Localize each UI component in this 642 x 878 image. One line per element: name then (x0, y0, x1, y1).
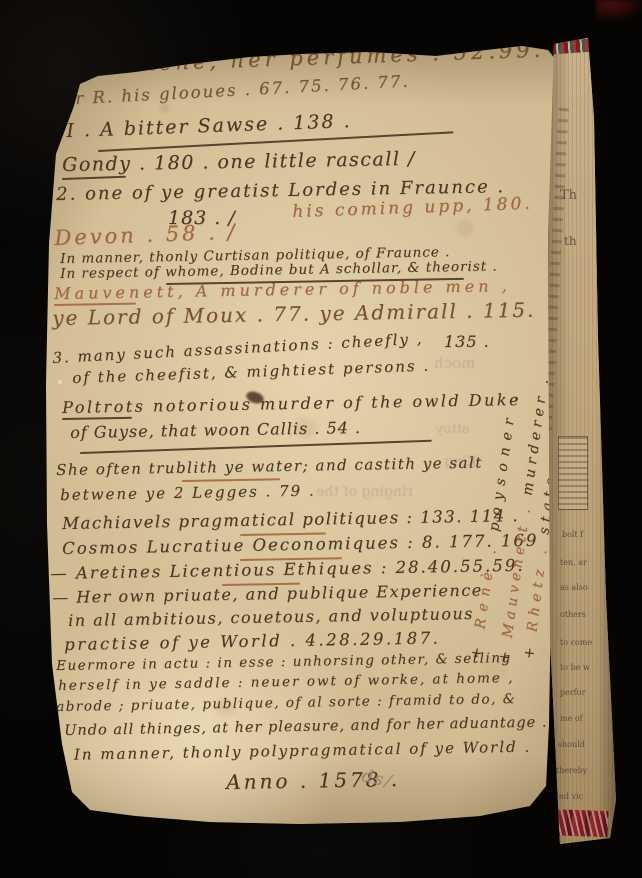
book-fore-edge: Ththbolt ften, aras alsoothersto cometo … (548, 38, 618, 844)
fore-edge-text-fragment: to come (560, 638, 592, 647)
manuscript-line: Mr R. his glooues . 67. 75. 76. 77. (56, 71, 410, 108)
manuscript-line: in all ambitious, couetous, and voluptuo… (68, 604, 474, 630)
fore-edge-text-fragment: thereby (556, 766, 587, 775)
ink-rule (62, 176, 126, 180)
ink-rule (182, 478, 280, 481)
manuscript-line: practise of ye World . 4.28.29.187. (64, 628, 441, 654)
manuscript-line: Gondy . 180 . one little rascall / (62, 148, 416, 176)
manuscript-line: She often trublith ye water; and castith… (56, 454, 483, 479)
manuscript-line: Devon . 58 . / (54, 220, 238, 250)
manuscript-line: Machiavels pragmatical politiques : 133.… (62, 506, 519, 533)
fore-edge-text-fragment: and vic (554, 792, 583, 801)
manuscript-line: I . A bitter Sawse . 138 . (66, 110, 352, 142)
manuscript-line: 135 . (444, 332, 490, 351)
ink-rule (80, 440, 432, 454)
fore-edge-text-fragment: perfor (560, 688, 585, 697)
manuscript-line: — In manner, thonly polypragmatical of y… (50, 738, 531, 764)
manuscript-line: Undo all thinges, at her pleasure, and f… (64, 715, 548, 739)
manuscript-line: Cosmos Lucratiue Oeconomiques : 8. 177. … (62, 531, 539, 558)
fore-edge-text-fragment: to be w (560, 663, 590, 672)
manuscript-line: of Guyse, that woon Callis . 54 . (70, 418, 361, 442)
bleedthrough-print-fragment: moch (434, 354, 475, 372)
fore-edge-text-fragment: as also (560, 583, 588, 592)
manuscript-line: — Aretines Licentious Ethiques : 28.40.5… (50, 556, 525, 583)
manuscript-line: 12 . Rene, her perfumes . 52.99. (72, 38, 545, 78)
manuscript-line: betwene ye 2 Legges . 79 . (60, 482, 316, 504)
red-binding-corner (596, 0, 642, 22)
manuscript-line: abrode ; priuate, publique, of al sorte … (56, 691, 516, 715)
bleedthrough-print-fragment: attoy (436, 422, 469, 437)
ink-rule (62, 417, 132, 420)
fore-edge-text-fragment: th (564, 234, 577, 248)
foxing-stains (160, 104, 170, 112)
manuscript-photo: mochattoyKingringing of the 12 . Rene, h… (0, 0, 642, 878)
marginalia-cross-mark: + (496, 637, 515, 664)
fore-edge-text-fragment: Th (560, 188, 577, 203)
manuscript-page: mochattoyKingringing of the 12 . Rene, h… (40, 44, 562, 824)
manuscript-line: herself in ye saddle : neuer owt of work… (58, 670, 515, 694)
fore-edge-text-fragment: me of (560, 714, 583, 723)
bleedthrough-print-fragment: ringing of the (316, 484, 413, 500)
printed-ornament-fragment (558, 436, 588, 510)
paper-flaw-dot (56, 378, 64, 386)
fore-edge-text-fragment: should (558, 740, 585, 749)
fore-edge-text-fragment: ten, ar (560, 558, 587, 567)
manuscript-line: Poltrots notorious murder of the owld Du… (62, 390, 521, 417)
decorated-edge-top (552, 39, 593, 55)
fore-edge-text-fragment: bolt f (562, 530, 583, 539)
decorated-edge-bottom (542, 809, 609, 837)
fore-edge-text-fragment: others (560, 610, 586, 619)
marginalia-cross-mark: + (521, 631, 540, 660)
